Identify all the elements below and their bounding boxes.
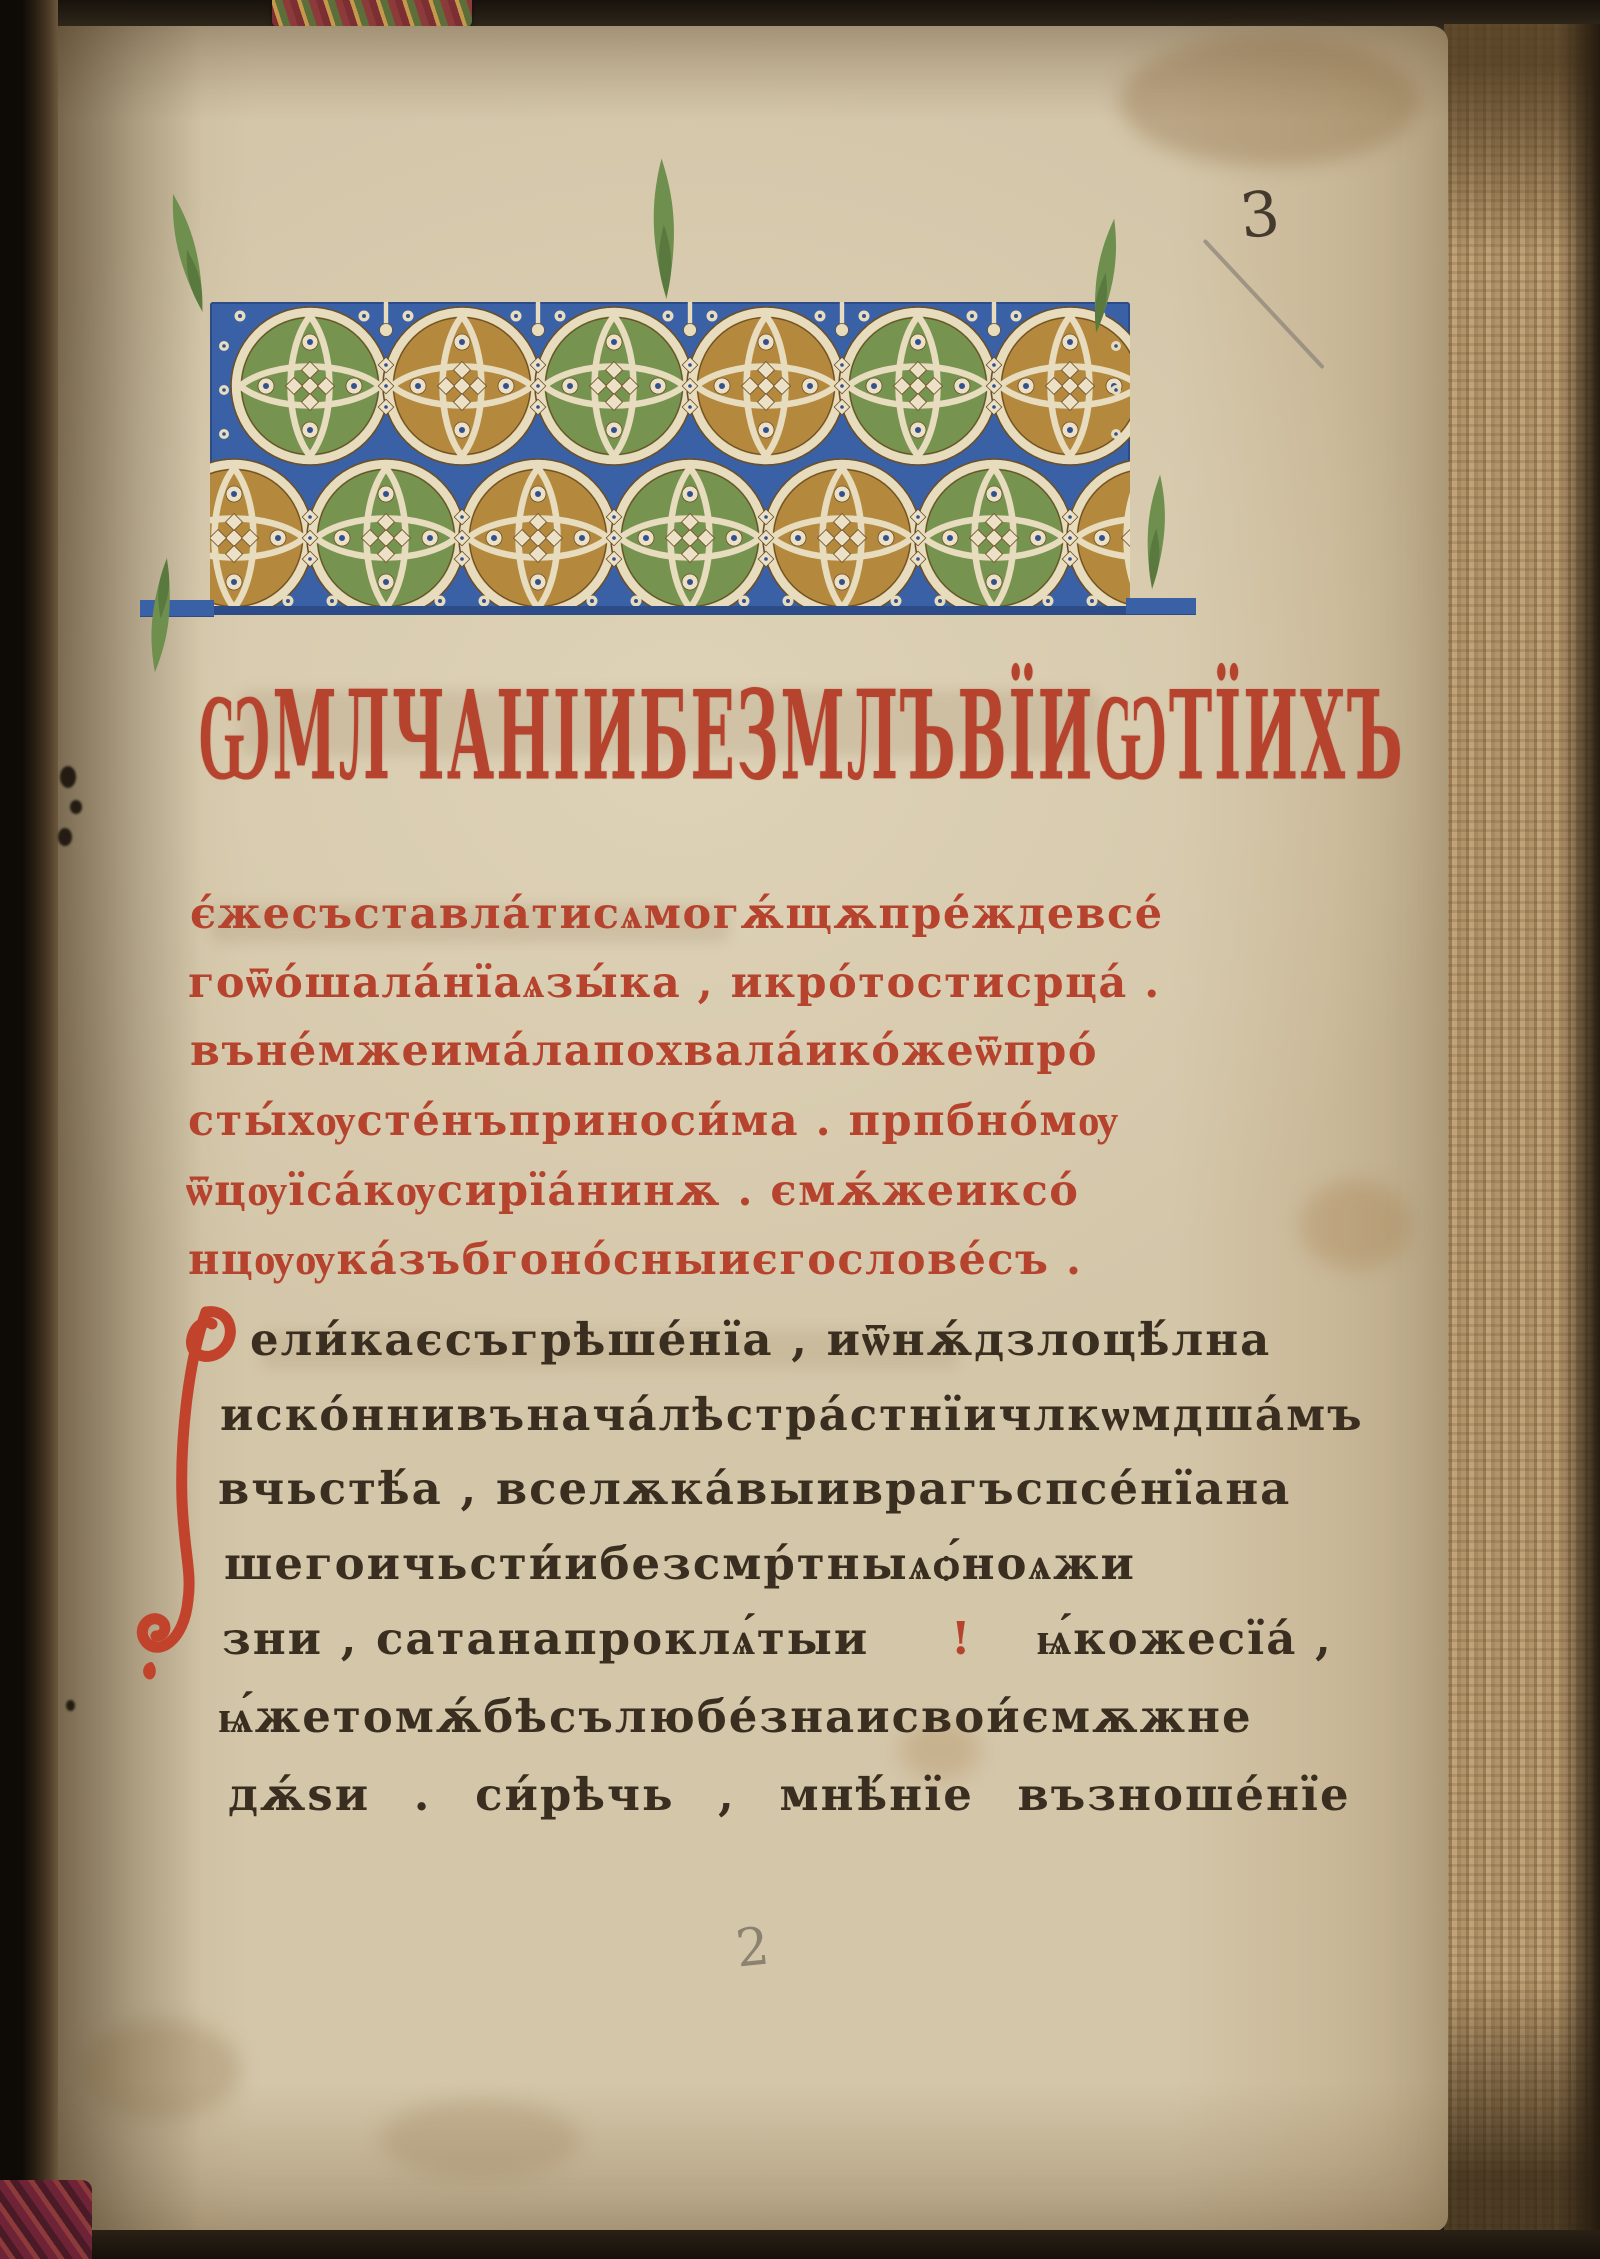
stain [1120,36,1420,166]
ink-spot [70,800,82,814]
exclamation-mark: ! [951,1612,973,1665]
endband-textile [272,0,472,27]
book-spine [0,0,58,2259]
rubric-line-1: є́жесъставла́тисѧмогѫ́щѫпре́ждевсе́ [190,889,1164,939]
rubric-line-5: ѿцѹїса́кѹсирїа́нинѫ . ємѫ́жеиксо́ [186,1166,1079,1216]
ink-spot [58,828,72,846]
body-line-5-text: зни , сатанапроклѧ́тыи [222,1612,869,1665]
ink-spot [66,1700,75,1711]
rubric-line-4: сты́хѹсте́нъприноси́ма . прпбно́мѹ [188,1096,1119,1146]
headpiece-ornament [210,302,1130,615]
body-line-6: ѩ́жетомѫ́бѣсълюбе́знаисвои́ємѫжне [218,1690,1253,1743]
body-line-4: шегоичьсти́ибезсмр́тныѧѻ́ноѧжи [224,1537,1136,1590]
stain [80,2020,240,2120]
rubric-line-3: въне́мжеима́лапохвала́ико́жеѿпро́ [190,1026,1098,1076]
ink-spot [60,766,76,788]
pencil-foliation: 2 [733,1916,772,1979]
cover-corner-textile [0,2180,92,2259]
rubric-line-2: гоѿо́шала́нїаѧзы́ка , икро́тостисрца́ . [188,958,1161,1008]
book-tail-edge [0,2230,1600,2259]
vyaz-title: ѠМЛЧАНІИБЕЗМЛЪВЇИѠТЇИХЪ [198,664,1158,808]
gutter-shadow [52,26,202,2232]
body-line-2: иско́ннивънача́лѣстра́стнїичлкѡмдша́мъ [220,1388,1364,1441]
body-line-7: дѫ́ѕи . си́рѣчь , мнѣ́нїе възноше́нїе [228,1768,1351,1821]
stain [380,2100,580,2180]
body-line-1: ели́каєсъгрѣше́нїа , иѿнѫ́дзлоцѣ́лна [250,1313,1271,1366]
body-line-3: вчьстѣ́а , вселѫка́выиврагъспсе́нїана [218,1462,1291,1515]
body-line-5: зни , сатанапроклѧ́тыи ! ѩ́кожесїа́ , [222,1612,1333,1665]
body-line-5-text: ѩ́кожесїа́ , [1036,1612,1332,1665]
rubric-line-6: нцѹѹка́зъбгоно́сныиєгослове́съ . [188,1235,1082,1285]
folio-number: 3 [1236,176,1283,253]
stain [1300,1180,1410,1270]
headpiece-rule-right [1126,598,1196,614]
fore-edge-shadow [1560,24,1600,2236]
leaf-finial-icon [639,154,688,305]
